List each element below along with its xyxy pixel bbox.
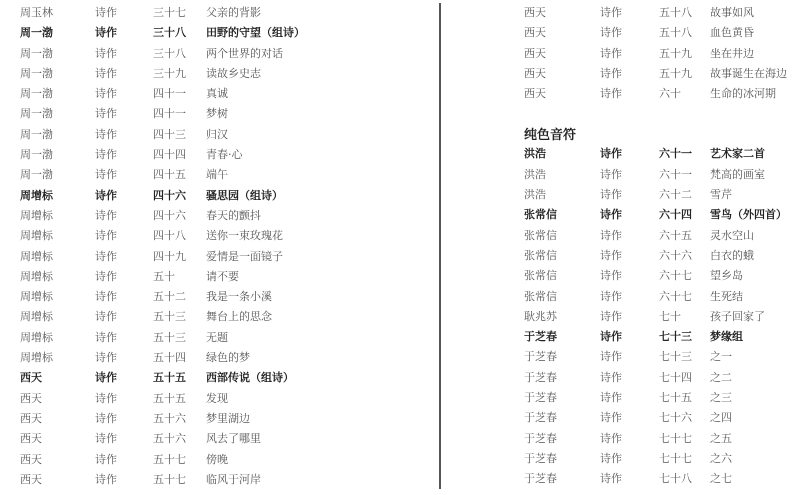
toc-group-heading-row: 张常信诗作六十四雪鸟（外四首） (524, 205, 800, 225)
page-number: 七十七 (659, 429, 692, 449)
page-number: 七十三 (659, 327, 692, 347)
page-number: 七十六 (659, 408, 692, 428)
page-number: 五十五 (153, 389, 186, 409)
toc-entry-row: 西天诗作五十七临风于河岸 (20, 470, 420, 490)
author-name: 周一渤 (20, 125, 53, 145)
toc-entry-row: 西天诗作六十生命的冰河期 (524, 84, 800, 104)
toc-entry-row: 周增标诗作五十四绿色的梦 (20, 348, 420, 368)
author-name: 周一渤 (20, 84, 53, 104)
poem-title: 真诚 (206, 84, 228, 104)
genre-label: 诗作 (95, 470, 117, 490)
page-number: 六十一 (659, 165, 692, 185)
toc-entry-row: 于芝春诗作七十五之三 (524, 388, 800, 408)
page-number: 五十七 (153, 470, 186, 490)
author-name: 张常信 (524, 246, 557, 266)
genre-label: 诗作 (600, 388, 622, 408)
genre-label: 诗作 (600, 287, 622, 307)
poem-title: 之五 (710, 429, 732, 449)
page-number: 四十一 (153, 84, 186, 104)
author-name: 于芝春 (524, 429, 557, 449)
author-name: 洪浩 (524, 185, 546, 205)
genre-label: 诗作 (95, 104, 117, 124)
genre-label: 诗作 (600, 64, 622, 84)
poem-title: 送你一束玫瑰花 (206, 226, 283, 246)
poem-title: 田野的守望（组诗） (206, 23, 305, 43)
poem-title: 读故乡史志 (206, 64, 261, 84)
poem-title: 艺术家二首 (710, 144, 765, 164)
poem-title: 请不要 (206, 267, 239, 287)
toc-entry-row: 张常信诗作六十七望乡岛 (524, 266, 800, 286)
genre-label: 诗作 (95, 287, 117, 307)
genre-label: 诗作 (600, 205, 622, 225)
author-name: 洪浩 (524, 165, 546, 185)
toc-entry-row: 西天诗作五十五发现 (20, 389, 420, 409)
toc-entry-row: 周玉林诗作三十七父亲的背影 (20, 3, 420, 23)
poem-title: 之二 (710, 368, 732, 388)
poem-title: 我是一条小溪 (206, 287, 272, 307)
poem-title: 雪芹 (710, 185, 732, 205)
toc-entry-row: 周一渤诗作四十四青春·心 (20, 145, 420, 165)
toc-entry-row: 西天诗作五十八血色黄昏 (524, 23, 800, 43)
genre-label: 诗作 (600, 449, 622, 469)
genre-label: 诗作 (95, 247, 117, 267)
author-name: 西天 (20, 368, 42, 388)
poem-title: 白衣的蛾 (710, 246, 754, 266)
toc-entry-row: 周增标诗作四十九爱情是一面镜子 (20, 247, 420, 267)
poem-title: 孩子回家了 (710, 307, 765, 327)
toc-group-heading-row: 于芝春诗作七十三梦缘组 (524, 327, 800, 347)
genre-label: 诗作 (95, 125, 117, 145)
toc-entry-row: 周增标诗作五十二我是一条小溪 (20, 287, 420, 307)
page-number: 五十二 (153, 287, 186, 307)
author-name: 周一渤 (20, 145, 53, 165)
author-name: 于芝春 (524, 408, 557, 428)
poem-title: 临风于河岸 (206, 470, 261, 490)
page-number: 四十一 (153, 104, 186, 124)
poem-title: 望乡岛 (710, 266, 743, 286)
author-name: 西天 (20, 429, 42, 449)
poem-title: 之三 (710, 388, 732, 408)
toc-entry-row: 于芝春诗作七十四之二 (524, 368, 800, 388)
genre-label: 诗作 (95, 368, 117, 388)
genre-label: 诗作 (600, 144, 622, 164)
toc-entry-row: 张常信诗作六十六白衣的蛾 (524, 246, 800, 266)
column-divider (439, 3, 441, 489)
page-number: 四十五 (153, 165, 186, 185)
author-name: 周增标 (20, 287, 53, 307)
page-number: 四十四 (153, 145, 186, 165)
page-number: 五十九 (659, 64, 692, 84)
genre-label: 诗作 (600, 307, 622, 327)
toc-entry-row: 于芝春诗作七十六之四 (524, 408, 800, 428)
author-name: 洪浩 (524, 144, 546, 164)
page-number: 三十八 (153, 23, 186, 43)
poem-title: 发现 (206, 389, 228, 409)
toc-group-heading-row: 洪浩诗作六十一艺术家二首 (524, 144, 800, 164)
poem-title: 两个世界的对话 (206, 44, 283, 64)
poem-title: 故事如风 (710, 3, 754, 23)
poem-title: 无题 (206, 328, 228, 348)
poem-title: 生死结 (710, 287, 743, 307)
page-number: 七十 (659, 307, 681, 327)
toc-entry-row: 西天诗作五十九坐在井边 (524, 44, 800, 64)
poem-title: 西部传说（组诗） (206, 368, 294, 388)
author-name: 于芝春 (524, 388, 557, 408)
page-number: 六十五 (659, 226, 692, 246)
genre-label: 诗作 (600, 185, 622, 205)
genre-label: 诗作 (600, 246, 622, 266)
poem-title: 归汉 (206, 125, 228, 145)
genre-label: 诗作 (95, 145, 117, 165)
toc-group-heading-row: 周一渤诗作三十八田野的守望（组诗） (20, 23, 420, 43)
toc-entry-row: 周增标诗作五十请不要 (20, 267, 420, 287)
author-name: 于芝春 (524, 327, 557, 347)
author-name: 周一渤 (20, 165, 53, 185)
page-number: 五十四 (153, 348, 186, 368)
genre-label: 诗作 (600, 408, 622, 428)
poem-title: 青春·心 (206, 145, 243, 165)
author-name: 于芝春 (524, 449, 557, 469)
toc-entry-row: 周一渤诗作四十一真诚 (20, 84, 420, 104)
poem-title: 血色黄昏 (710, 23, 754, 43)
genre-label: 诗作 (600, 84, 622, 104)
poem-title: 梦缘组 (710, 327, 743, 347)
toc-entry-row: 西天诗作五十八故事如风 (524, 3, 800, 23)
toc-entry-row: 周增标诗作四十六春天的颤抖 (20, 206, 420, 226)
genre-label: 诗作 (600, 226, 622, 246)
author-name: 周一渤 (20, 64, 53, 84)
author-name: 耿兆苏 (524, 307, 557, 327)
toc-entry-row: 周一渤诗作三十八两个世界的对话 (20, 44, 420, 64)
genre-label: 诗作 (95, 409, 117, 429)
genre-label: 诗作 (95, 64, 117, 84)
author-name: 周一渤 (20, 23, 53, 43)
author-name: 西天 (20, 450, 42, 470)
author-name: 西天 (524, 84, 546, 104)
toc-entry-row: 周增标诗作五十三无题 (20, 328, 420, 348)
author-name: 张常信 (524, 287, 557, 307)
author-name: 西天 (524, 23, 546, 43)
genre-label: 诗作 (600, 266, 622, 286)
page-number: 七十三 (659, 347, 692, 367)
page-number: 五十五 (153, 368, 186, 388)
page-number: 七十五 (659, 388, 692, 408)
author-name: 周增标 (20, 226, 53, 246)
poem-title: 傍晚 (206, 450, 228, 470)
page-number: 六十七 (659, 266, 692, 286)
toc-group-heading-row: 西天诗作五十五西部传说（组诗） (20, 368, 420, 388)
author-name: 周增标 (20, 247, 53, 267)
page-number: 五十八 (659, 3, 692, 23)
page-number: 四十六 (153, 206, 186, 226)
poem-title: 父亲的背影 (206, 3, 261, 23)
poem-title: 故事诞生在海边 (710, 64, 787, 84)
page-number: 六十一 (659, 144, 692, 164)
page-number: 七十四 (659, 368, 692, 388)
poem-title: 之一 (710, 347, 732, 367)
poem-title: 梵高的画室 (710, 165, 765, 185)
genre-label: 诗作 (95, 226, 117, 246)
poem-title: 之四 (710, 408, 732, 428)
poem-title: 梦树 (206, 104, 228, 124)
genre-label: 诗作 (95, 348, 117, 368)
page-number: 五十 (153, 267, 175, 287)
genre-label: 诗作 (95, 267, 117, 287)
page-number: 六十六 (659, 246, 692, 266)
genre-label: 诗作 (600, 347, 622, 367)
poem-title: 之七 (710, 469, 732, 489)
right-toc-column: 西天诗作五十八故事如风西天诗作五十八血色黄昏西天诗作五十九坐在井边西天诗作五十九… (524, 3, 800, 490)
toc-entry-row: 周一渤诗作四十三归汉 (20, 125, 420, 145)
toc-entry-row: 耿兆苏诗作七十孩子回家了 (524, 307, 800, 327)
poem-title: 爱情是一面镜子 (206, 247, 283, 267)
toc-entry-row: 于芝春诗作七十三之一 (524, 347, 800, 367)
page-number: 三十八 (153, 44, 186, 64)
genre-label: 诗作 (95, 450, 117, 470)
toc-entry-row: 张常信诗作六十七生死结 (524, 287, 800, 307)
genre-label: 诗作 (95, 3, 117, 23)
author-name: 于芝春 (524, 469, 557, 489)
page-number: 六十 (659, 84, 681, 104)
toc-entry-row: 周增标诗作五十三舞台上的思念 (20, 307, 420, 327)
page-number: 三十九 (153, 64, 186, 84)
poem-title: 雪鸟（外四首） (710, 205, 787, 225)
page-number: 七十七 (659, 449, 692, 469)
author-name: 西天 (20, 409, 42, 429)
genre-label: 诗作 (600, 23, 622, 43)
poem-title: 生命的冰河期 (710, 84, 776, 104)
section-title: 纯色音符 (524, 104, 800, 144)
genre-label: 诗作 (600, 429, 622, 449)
poem-title: 灵水空山 (710, 226, 754, 246)
toc-entry-row: 西天诗作五十九故事诞生在海边 (524, 64, 800, 84)
page-number: 三十七 (153, 3, 186, 23)
author-name: 西天 (524, 44, 546, 64)
toc-entry-row: 西天诗作五十六梦里湖边 (20, 409, 420, 429)
author-name: 西天 (524, 3, 546, 23)
author-name: 于芝春 (524, 347, 557, 367)
author-name: 周增标 (20, 307, 53, 327)
genre-label: 诗作 (95, 328, 117, 348)
author-name: 周增标 (20, 267, 53, 287)
genre-label: 诗作 (95, 429, 117, 449)
toc-entry-row: 西天诗作五十六风去了哪里 (20, 429, 420, 449)
toc-entry-row: 张常信诗作六十五灵水空山 (524, 226, 800, 246)
poem-title: 之六 (710, 449, 732, 469)
poem-title: 绿色的梦 (206, 348, 250, 368)
genre-label: 诗作 (95, 84, 117, 104)
poem-title: 骚思园（组诗） (206, 186, 283, 206)
genre-label: 诗作 (95, 389, 117, 409)
page-number: 五十六 (153, 429, 186, 449)
genre-label: 诗作 (600, 327, 622, 347)
poem-title: 舞台上的思念 (206, 307, 272, 327)
author-name: 周增标 (20, 186, 53, 206)
genre-label: 诗作 (600, 44, 622, 64)
page-number: 五十八 (659, 23, 692, 43)
page-number: 四十八 (153, 226, 186, 246)
toc-entry-row: 周增标诗作四十八送你一束玫瑰花 (20, 226, 420, 246)
page-number: 六十二 (659, 185, 692, 205)
toc-entry-row: 洪浩诗作六十二雪芹 (524, 185, 800, 205)
toc-entry-row: 洪浩诗作六十一梵高的画室 (524, 165, 800, 185)
toc-entry-row: 于芝春诗作七十七之五 (524, 429, 800, 449)
genre-label: 诗作 (95, 186, 117, 206)
author-name: 张常信 (524, 266, 557, 286)
toc-entry-row: 周一渤诗作四十五端午 (20, 165, 420, 185)
page-number: 四十六 (153, 186, 186, 206)
page-number: 五十七 (153, 450, 186, 470)
poem-title: 春天的颤抖 (206, 206, 261, 226)
author-name: 西天 (20, 389, 42, 409)
toc-entry-row: 西天诗作五十七傍晚 (20, 450, 420, 470)
author-name: 西天 (524, 64, 546, 84)
page-number: 四十三 (153, 125, 186, 145)
genre-label: 诗作 (600, 368, 622, 388)
genre-label: 诗作 (600, 3, 622, 23)
toc-entry-row: 于芝春诗作七十八之七 (524, 469, 800, 489)
toc-entry-row: 于芝春诗作七十七之六 (524, 449, 800, 469)
page-number: 四十九 (153, 247, 186, 267)
toc-group-heading-row: 周增标诗作四十六骚思园（组诗） (20, 186, 420, 206)
toc-entry-row: 周一渤诗作三十九读故乡史志 (20, 64, 420, 84)
poem-title: 坐在井边 (710, 44, 754, 64)
genre-label: 诗作 (95, 23, 117, 43)
genre-label: 诗作 (600, 469, 622, 489)
author-name: 周增标 (20, 206, 53, 226)
page-number: 六十七 (659, 287, 692, 307)
author-name: 周玉林 (20, 3, 53, 23)
author-name: 周一渤 (20, 44, 53, 64)
page-number: 六十四 (659, 205, 692, 225)
author-name: 张常信 (524, 226, 557, 246)
genre-label: 诗作 (600, 165, 622, 185)
genre-label: 诗作 (95, 206, 117, 226)
poem-title: 风去了哪里 (206, 429, 261, 449)
genre-label: 诗作 (95, 165, 117, 185)
genre-label: 诗作 (95, 44, 117, 64)
author-name: 西天 (20, 470, 42, 490)
page-number: 五十六 (153, 409, 186, 429)
left-toc-column: 周玉林诗作三十七父亲的背影周一渤诗作三十八田野的守望（组诗）周一渤诗作三十八两个… (20, 3, 420, 490)
page-number: 五十九 (659, 44, 692, 64)
author-name: 周增标 (20, 328, 53, 348)
page-number: 七十八 (659, 469, 692, 489)
page-number: 五十三 (153, 307, 186, 327)
toc-entry-row: 周一渤诗作四十一梦树 (20, 104, 420, 124)
author-name: 张常信 (524, 205, 557, 225)
poem-title: 端午 (206, 165, 228, 185)
author-name: 于芝春 (524, 368, 557, 388)
author-name: 周一渤 (20, 104, 53, 124)
genre-label: 诗作 (95, 307, 117, 327)
page-number: 五十三 (153, 328, 186, 348)
author-name: 周增标 (20, 348, 53, 368)
poem-title: 梦里湖边 (206, 409, 250, 429)
